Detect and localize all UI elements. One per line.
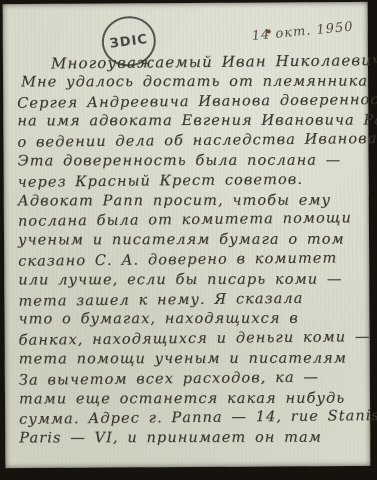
letter-line: тами еще останется какая нибудь <box>19 389 366 410</box>
letter-line: о ведении дела об наследства Иванова <box>17 130 364 153</box>
letter-line: банках, находящихся и деньги коми — <box>19 328 366 351</box>
letter-line: За вычетом всех расходов, ка — <box>19 368 366 391</box>
letter-line: Адвокат Рапп просит, чтобы ему <box>18 191 365 212</box>
date-annotation: 14 окт. 1950 <box>251 20 354 44</box>
letter-paper: ЗDIC 14 окт. 1950 Многоуважаемый Иван Ни… <box>3 2 371 468</box>
letter-line: послана была от комитета помощи <box>18 210 365 233</box>
letter-line: что о бумагах, находящихся в <box>18 310 365 331</box>
letter-line: ученым и писателям бумага о том <box>18 231 365 252</box>
letter-line: через Красный Крест советов. <box>18 170 365 193</box>
letter-line: тета зашел к нему. Я сказала <box>18 289 365 312</box>
letter-line: тета помощи ученым и писателям <box>19 349 366 370</box>
salutation-line: Многоуважаемый Иван Николаевич <box>51 51 364 74</box>
letter-line: сказано С. А. доверено в комитет <box>18 249 365 272</box>
letter-line: Эта доверенность была послана — <box>18 152 365 173</box>
letter-line: Paris — VI, и принимает он там <box>19 429 366 450</box>
scan-background: ЗDIC 14 окт. 1950 Многоуважаемый Иван Ни… <box>0 0 377 480</box>
letter-line: или лучше, если бы писарь коми — <box>18 270 365 291</box>
stamp-label: ЗDIC <box>109 31 149 51</box>
letter-line: Мне удалось достать от племянника <box>21 72 364 93</box>
letter-body: Многоуважаемый Иван Николаевич Мне удало… <box>17 52 366 450</box>
letter-line: сумма. Адрес г. Раппа — 14, rue Stanisla… <box>19 407 366 430</box>
letter-line: на имя адвоката Евгения Ивановича Раппа <box>17 112 364 133</box>
